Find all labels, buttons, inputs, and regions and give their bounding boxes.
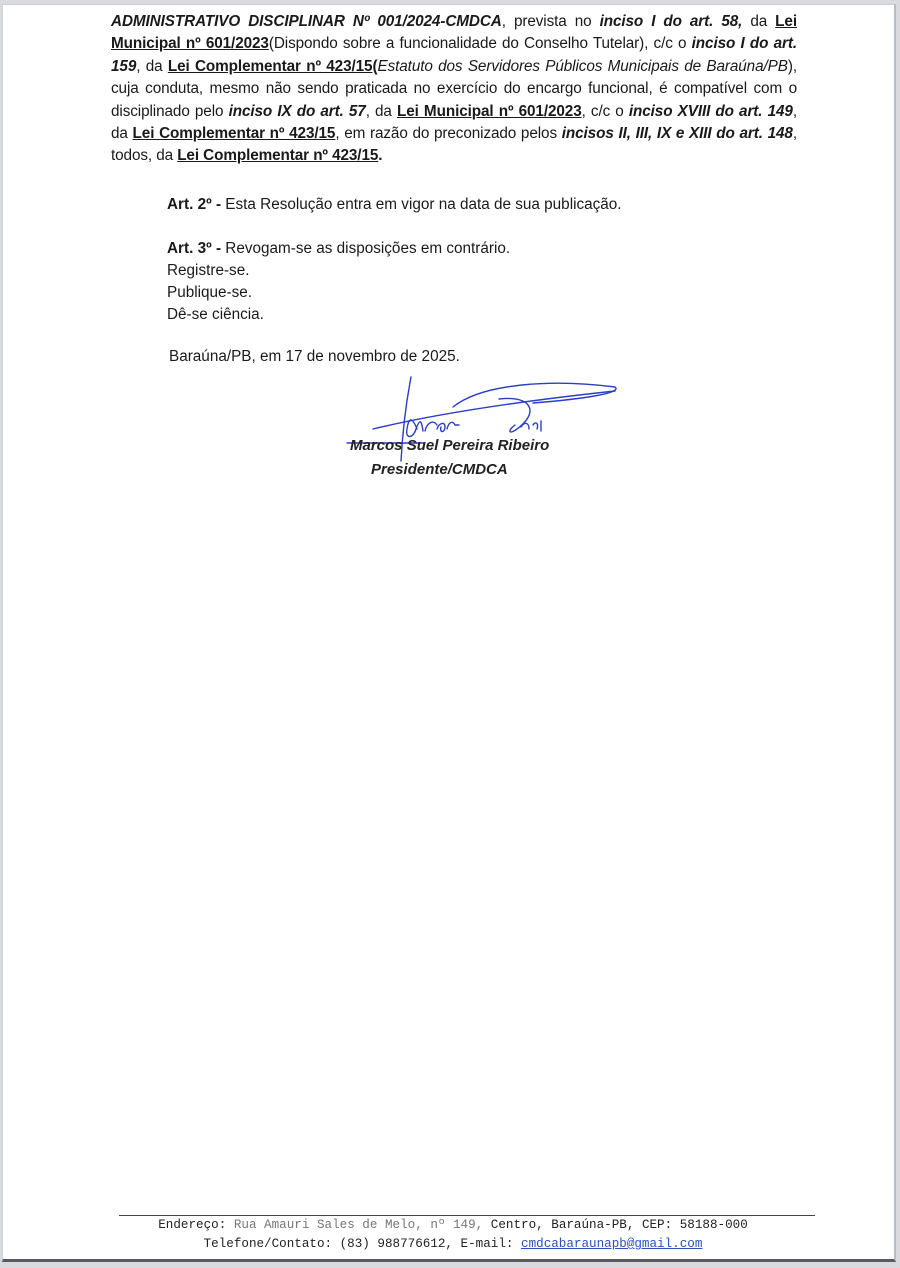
resolution-body-paragraph: ADMINISTRATIVO DISCIPLINAR Nº 001/2024-C… — [111, 11, 797, 168]
paragraph-segment: inciso I do art. 58, — [600, 13, 743, 30]
address-rest: Centro, Baraúna-PB, CEP: 58188-000 — [491, 1218, 748, 1232]
paragraph-segment: , da — [366, 103, 397, 120]
paragraph-segment: , c/c o — [582, 103, 629, 120]
paragraph-segment: , da — [136, 58, 168, 75]
article-2-text: Esta Resolução entra em vigor na data de… — [225, 196, 621, 213]
place-date: Baraúna/PB, em 17 de novembro de 2025. — [169, 348, 460, 366]
paragraph-segment: Lei Municipal nº 601/2023 — [397, 103, 582, 120]
article-3: Art. 3º - Revogam-se as disposições em c… — [167, 238, 510, 260]
article-3-label: Art. 3º - — [167, 240, 225, 257]
paragraph-segment: Lei Complementar nº 423/15 — [177, 147, 378, 164]
email-link[interactable]: cmdcabaraunapb@gmail.com — [521, 1237, 702, 1251]
paragraph-segment: Lei Complementar nº 423/15 — [133, 125, 336, 142]
address-street: Rua Amauri Sales de Melo, nº 149, — [234, 1218, 483, 1232]
article-2: Art. 2º - Esta Resolução entra em vigor … — [167, 194, 622, 216]
address-label: Endereço: — [158, 1218, 226, 1232]
paragraph-segment: (Dispondo sobre a funcionalidade do Cons… — [269, 35, 692, 52]
document-page: ADMINISTRATIVO DISCIPLINAR Nº 001/2024-C… — [2, 4, 896, 1262]
paragraph-segment: da — [742, 13, 775, 30]
paragraph-segment: . — [378, 147, 382, 164]
closing-notice: Dê-se ciência. — [167, 304, 264, 326]
paragraph-segment: inciso XVIII do art. 149 — [629, 103, 793, 120]
paragraph-segment: ADMINISTRATIVO DISCIPLINAR Nº 001/2024-C… — [111, 13, 502, 30]
closing-register: Registre-se. — [167, 260, 249, 282]
paragraph-segment: , em razão do preconizado pelos — [335, 125, 561, 142]
contact-label: Telefone/Contato: (83) 988776612, E-mail… — [204, 1237, 514, 1251]
signer-role: Presidente/CMDCA — [371, 461, 508, 478]
article-3-text: Revogam-se as disposições em contrário. — [225, 240, 510, 257]
footer-divider — [119, 1215, 815, 1216]
paragraph-segment: incisos II, III, IX e XIII do art. 148 — [562, 125, 793, 142]
paragraph-segment: inciso IX do art. 57 — [229, 103, 366, 120]
paragraph-segment: , prevista no — [502, 13, 600, 30]
article-2-label: Art. 2º - — [167, 196, 225, 213]
closing-publish: Publique-se. — [167, 282, 252, 304]
paragraph-segment: Estatuto dos Servidores Públicos Municip… — [377, 58, 787, 75]
footer-contact: Telefone/Contato: (83) 988776612, E-mail… — [3, 1237, 900, 1251]
paragraph-segment: Lei Complementar nº 423/15( — [168, 58, 378, 75]
signer-name: Marcos Suel Pereira Ribeiro — [350, 437, 549, 454]
footer-address: Endereço: Rua Amauri Sales de Melo, nº 1… — [3, 1218, 900, 1232]
